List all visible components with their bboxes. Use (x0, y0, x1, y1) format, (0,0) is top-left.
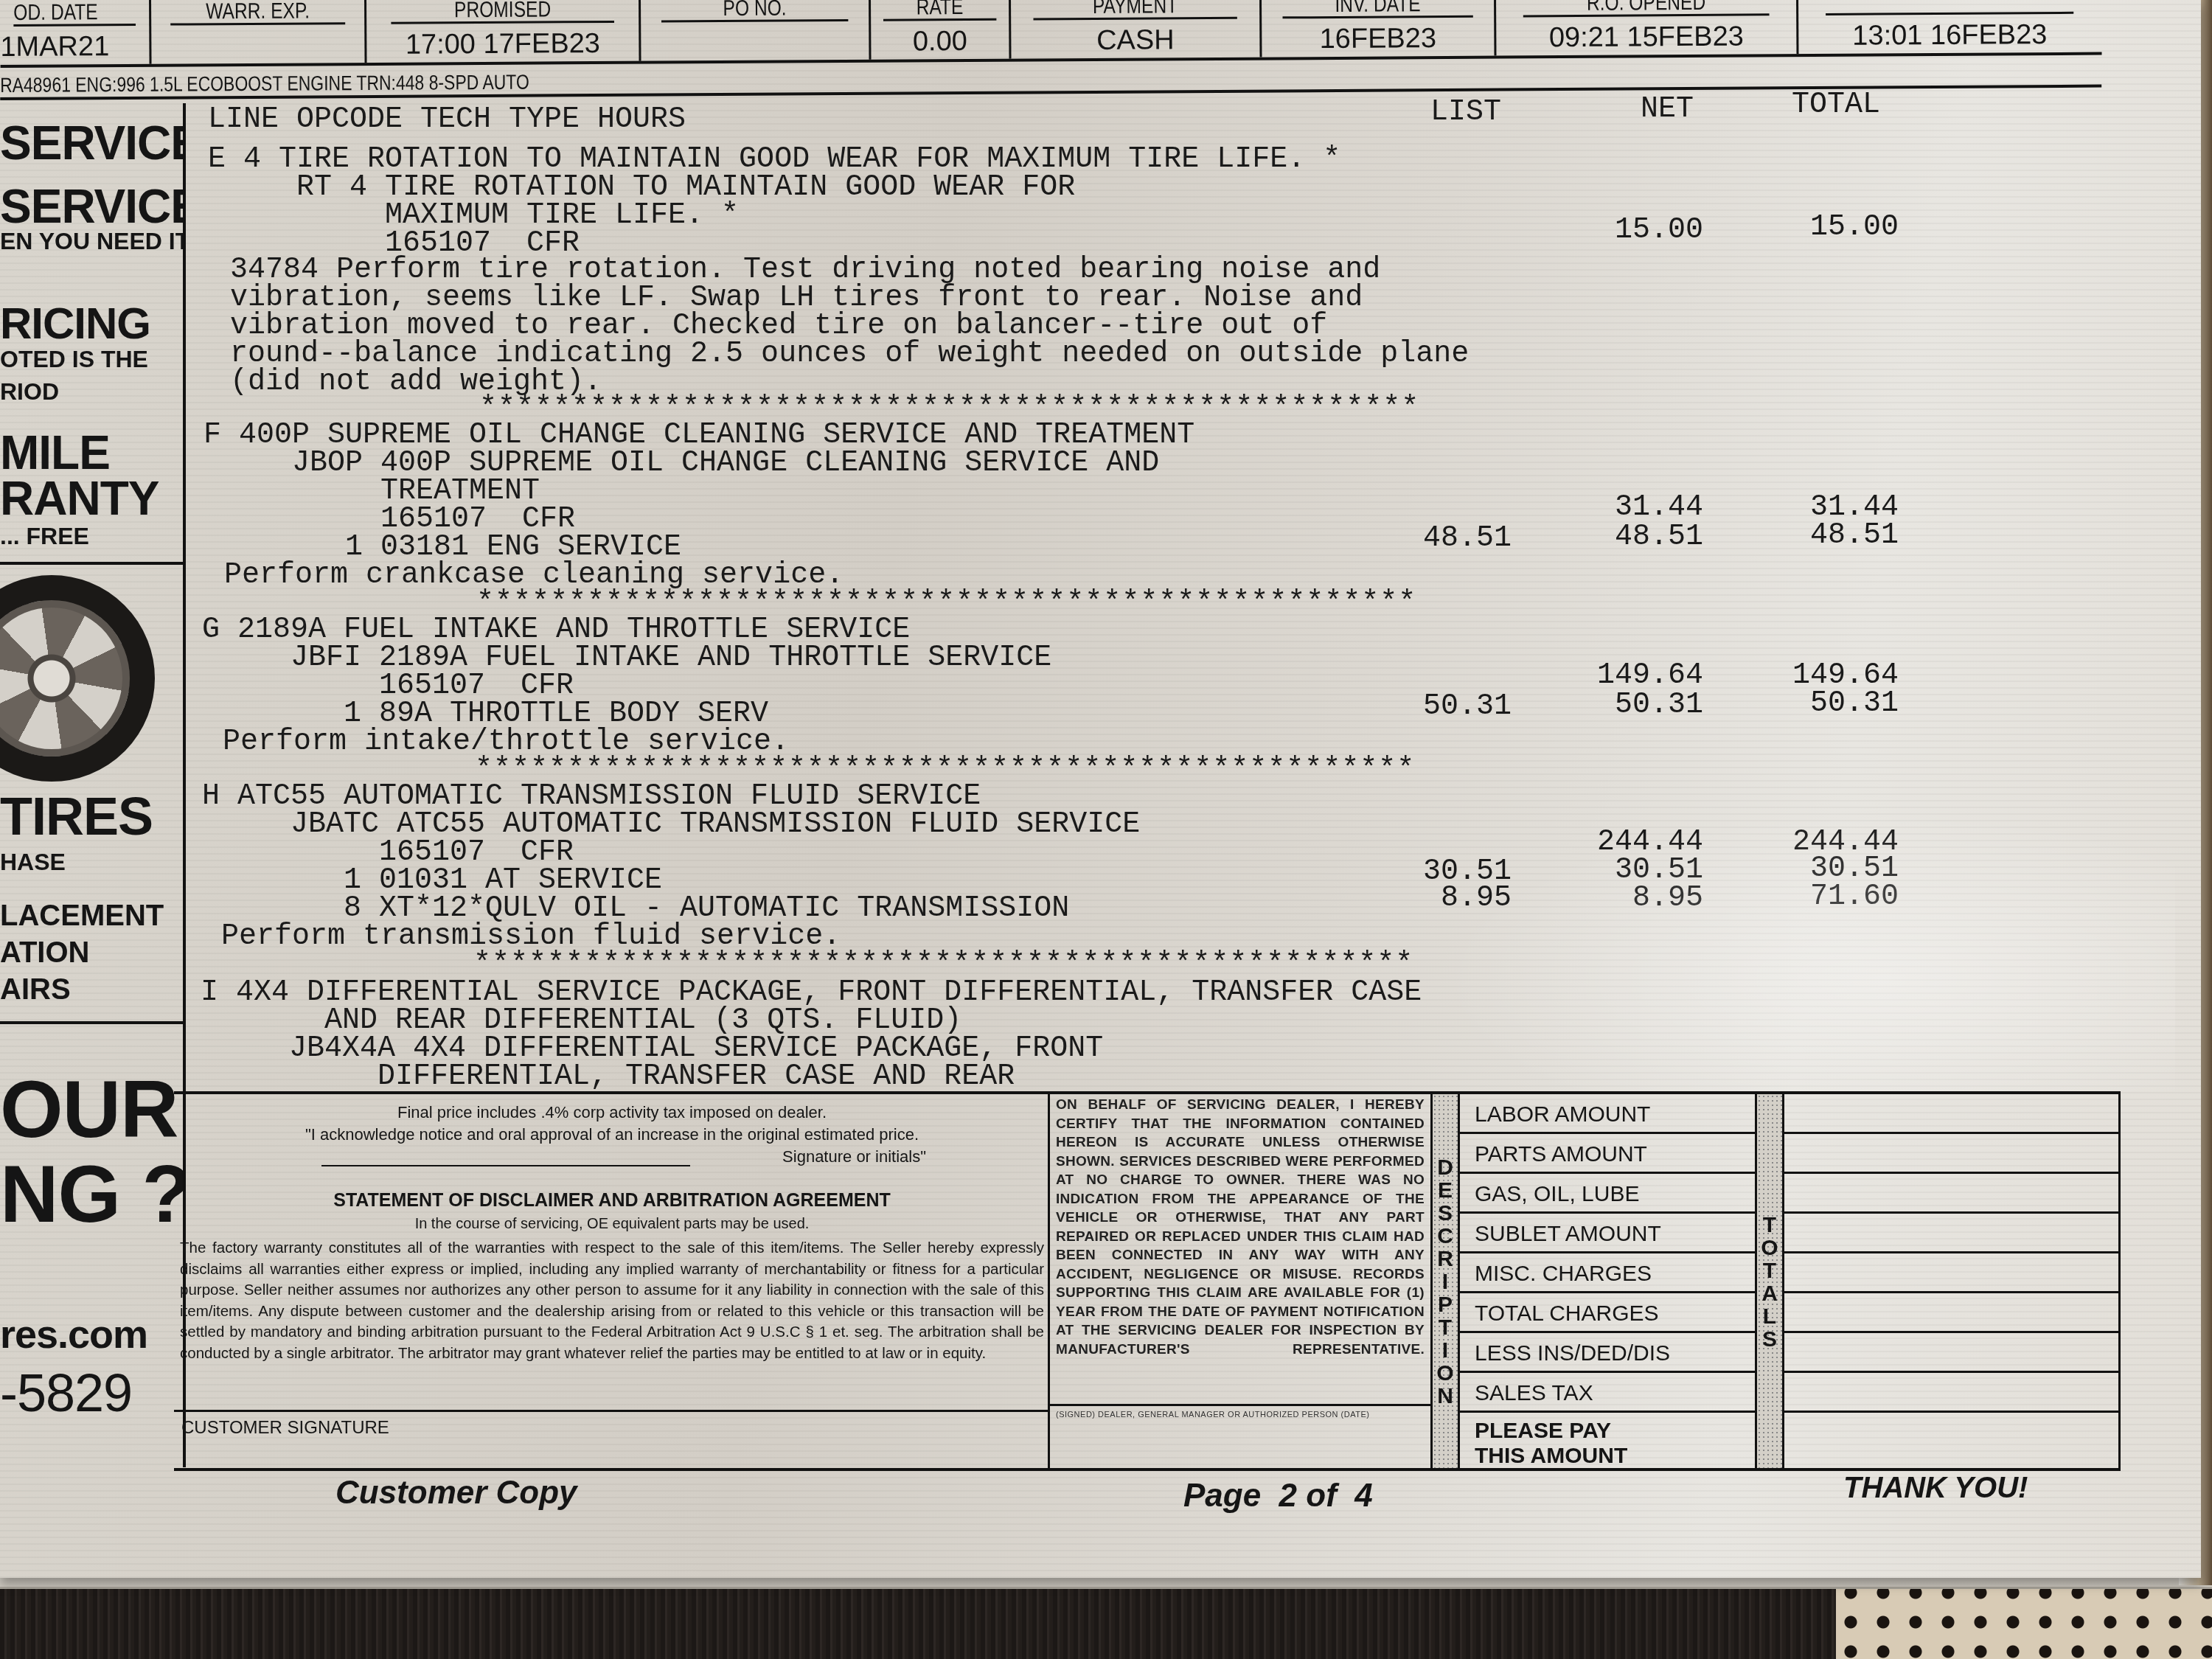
item-line: 1 89A THROTTLE BODY SERV (202, 700, 768, 728)
customer-signature-label: CUSTOMER SIGNATURE (181, 1418, 389, 1438)
labor-net: 15.00 (1512, 217, 1703, 245)
vehicle-info-text: RA48961 ENG:996 1.5L ECOBOOST ENGINE TRN… (0, 68, 529, 100)
column-header-left: LINE OPCODE TECH TYPE HOURS (208, 106, 686, 134)
ad-divider (0, 1021, 183, 1024)
totals-row-sublet: SUBLET AMOUNT (1460, 1214, 1755, 1253)
header-col-promised: PROMISED 17:00 17FEB23 (366, 0, 641, 63)
oe-parts-note: In the course of servicing, OE equivalen… (180, 1214, 1044, 1235)
totals-row-less-ins: LESS INS/DED/DIS (1460, 1333, 1755, 1373)
part-list: 48.51 (1320, 525, 1512, 553)
item-line: I 4X4 DIFFERENTIAL SERVICE PACKAGE, FRON… (201, 979, 1422, 1007)
item-line: 8 XT*12*QULV OIL - AUTOMATIC TRANSMISSIO… (202, 895, 1069, 923)
customer-copy-label: Customer Copy (335, 1475, 577, 1512)
certification-panel: ON BEHALF OF SERVICING DEALER, I HEREBY … (1050, 1094, 1430, 1468)
header-value: 0.00 (871, 21, 1009, 60)
ad-text: HASE (0, 848, 183, 876)
header-value: CASH (1011, 19, 1259, 59)
header-value: 13:01 16FEB23 (1798, 14, 2101, 55)
ad-text: TIRES (0, 789, 183, 845)
part-total: 30.51 (1707, 855, 1899, 883)
part-total: 71.60 (1707, 883, 1899, 911)
header-col-ready: READY 13:01 16FEB23 (1798, 0, 2101, 54)
tire-wheel-icon (0, 575, 155, 782)
header-col-od-date: OD. DATE 1MAR21 (0, 0, 152, 65)
dealer-signature-field[interactable]: (SIGNED) DEALER, GENERAL MANAGER OR AUTH… (1050, 1404, 1430, 1474)
item-line: DIFFERENTIAL, TRANSFER CASE AND REAR (201, 1063, 1015, 1091)
item-line: 165107 CFR (204, 506, 575, 534)
header-strip: OD. DATE 1MAR21 WARR. EXP. PROMISED 17:0… (0, 0, 2102, 68)
disclaimer-body: The factory warranty constitutes all of … (180, 1238, 1044, 1364)
ad-text: RANTY (0, 473, 183, 524)
ad-text: OTED IS THE (0, 345, 183, 373)
tech-note: vibration moved to rear. Checked tire on… (212, 313, 1327, 341)
item-line: MAXIMUM TIRE LIFE. * (208, 202, 739, 230)
header-value: 16FEB23 (1262, 18, 1494, 58)
totals-row-parts: PARTS AMOUNT (1460, 1134, 1755, 1174)
column-header-total: TOTAL (1792, 91, 1880, 119)
labor-net: 31.44 (1512, 494, 1703, 522)
item-line: AND REAR DIFFERENTIAL (3 QTS. FLUID) (201, 1007, 961, 1035)
totals-row-please-pay: PLEASE PAY THIS AMOUNT (1460, 1413, 1755, 1470)
header-value (641, 21, 869, 61)
header-value (151, 24, 364, 64)
labor-total: 149.64 (1707, 662, 1899, 690)
sidebar-ad: SERVICE SERVICE EN YOU NEED IT. RICING O… (0, 103, 186, 1467)
thank-you-label: THANK YOU! (1843, 1472, 2028, 1505)
header-label: PROMISED (391, 0, 614, 24)
item-line: E 4 TIRE ROTATION TO MAINTAIN GOOD WEAR … (208, 146, 1340, 174)
part-net: 50.31 (1512, 692, 1703, 720)
item-line: TREATMENT (204, 478, 540, 506)
separator: ****************************************… (473, 951, 1413, 979)
tech-note: Perform crankcase cleaning service. (206, 562, 844, 590)
item-line: JBFI 2189A FUEL INTAKE AND THROTTLE SERV… (202, 644, 1051, 672)
please-pay-label: PLEASE PAY (1475, 1419, 1755, 1444)
ad-divider (0, 562, 183, 565)
totals-labels: LABOR AMOUNT PARTS AMOUNT GAS, OIL, LUBE… (1460, 1094, 1755, 1468)
header-label: OD. DATE (13, 0, 136, 27)
totals-values (1784, 1094, 2121, 1468)
tech-note: 34784 Perform tire rotation. Test drivin… (212, 257, 1380, 285)
header-value: 17:00 17FEB23 (366, 23, 639, 63)
totals-value-labor (1784, 1094, 2118, 1134)
labor-total: 31.44 (1707, 494, 1899, 522)
header-value: 09:21 15FEB23 (1496, 15, 1796, 55)
totals-value-sublet (1784, 1214, 2118, 1253)
item-line: JBATC ATC55 AUTOMATIC TRANSMISSION FLUID… (202, 811, 1140, 839)
totals-value-please-pay (1784, 1413, 2118, 1470)
header-col-inv-date: INV. DATE 16FEB23 (1262, 0, 1497, 58)
item-line: G 2189A FUEL INTAKE AND THROTTLE SERVICE (202, 616, 910, 644)
item-line: JBOP 400P SUPREME OIL CHANGE CLEANING SE… (204, 450, 1159, 478)
item-line: 165107 CFR (202, 672, 574, 700)
item-line: H ATC55 AUTOMATIC TRANSMISSION FLUID SER… (202, 783, 981, 811)
item-line: 1 01031 AT SERVICE (202, 867, 662, 895)
ad-text: OUR (0, 1069, 183, 1150)
labor-net: 244.44 (1512, 829, 1703, 857)
header-col-rate: RATE 0.00 (871, 0, 1012, 60)
item-line: 1 03181 ENG SERVICE (204, 534, 681, 562)
totals-row-total-charges: TOTAL CHARGES (1460, 1293, 1755, 1333)
ad-text: res.com (0, 1312, 183, 1357)
totals-value-gas-oil-lube (1784, 1174, 2118, 1214)
header-label: R.O. OPENED (1523, 0, 1770, 17)
ad-text: SERVICE (0, 118, 183, 168)
header-value: 1MAR21 (0, 26, 149, 65)
ad-text: NG ? (0, 1154, 183, 1235)
ad-text: RIOD (0, 378, 183, 406)
header-col-po-no: PO NO. (641, 0, 872, 61)
tech-note: Perform intake/throttle service. (205, 728, 789, 757)
item-line: RT 4 TIRE ROTATION TO MAINTAIN GOOD WEAR… (208, 174, 1075, 202)
part-net: 30.51 (1512, 857, 1703, 885)
description-bar-label: DESCRIPTION (1434, 1155, 1457, 1407)
part-list: 8.95 (1320, 885, 1512, 913)
header-label: PO NO. (661, 0, 849, 23)
ad-text: LACEMENT (0, 900, 183, 932)
ad-text: RICING (0, 299, 183, 349)
item-line: 165107 CFR (202, 839, 574, 867)
tech-note: Perform transmission fluid service. (204, 923, 841, 951)
totals-row-labor: LABOR AMOUNT (1460, 1094, 1755, 1134)
line-items: LINE OPCODE TECH TYPE HOURS LIST NET TOT… (199, 103, 2153, 1091)
ad-text: AIRS (0, 973, 183, 1006)
totals-row-sales-tax: SALES TAX (1460, 1373, 1755, 1413)
ad-text: ATION (0, 936, 183, 969)
tablecloth (1836, 1578, 2212, 1659)
part-net: 8.95 (1512, 885, 1703, 913)
totals-row-misc: MISC. CHARGES (1460, 1253, 1755, 1293)
part-list: 50.31 (1320, 693, 1512, 721)
totals-value-sales-tax (1784, 1373, 2118, 1413)
ad-text: ... FREE (0, 522, 183, 550)
totals-value-less-ins (1784, 1333, 2118, 1373)
column-header-list: LIST (1430, 99, 1501, 127)
acknowledge-text: "I acknowledge notice and oral approval … (180, 1124, 1044, 1145)
item-line: F 400P SUPREME OIL CHANGE CLEANING SERVI… (204, 422, 1194, 450)
totals-value-total-charges (1784, 1293, 2118, 1333)
ad-text: SERVICE (0, 181, 183, 232)
ad-text: EN YOU NEED IT. (0, 227, 183, 255)
header-label: RATE (883, 0, 997, 21)
tax-note: Final price includes .4% corp activity t… (180, 1102, 1044, 1123)
dealer-signature-label: (SIGNED) DEALER, GENERAL MANAGER OR AUTH… (1056, 1411, 1369, 1419)
totals-bar: TOTALS (1755, 1094, 1784, 1468)
ad-text: -5829 (0, 1364, 183, 1423)
labor-net: 149.64 (1512, 662, 1703, 690)
totals-row-gas-oil-lube: GAS, OIL, LUBE (1460, 1174, 1755, 1214)
labor-total: 15.00 (1707, 214, 1899, 242)
part-total: 50.31 (1707, 690, 1899, 718)
part-net: 48.51 (1512, 524, 1703, 552)
header-label: WARR. EXP. (170, 0, 345, 26)
disclaimer-title: STATEMENT OF DISCLAIMER AND ARBITRATION … (180, 1190, 1044, 1211)
header-col-payment: PAYMENT CASH (1011, 0, 1262, 59)
signature-prompt: Signature or initials" (616, 1146, 926, 1167)
header-label: READY (1826, 0, 2073, 15)
header-col-ro-opened: R.O. OPENED 09:21 15FEB23 (1496, 0, 1799, 56)
column-header-net: NET (1641, 96, 1694, 124)
totals-bar-label: TOTALS (1759, 1213, 1781, 1350)
part-total: 48.51 (1707, 522, 1899, 550)
header-label: INV. DATE (1282, 0, 1473, 18)
certification-text: ON BEHALF OF SERVICING DEALER, I HEREBY … (1056, 1096, 1425, 1359)
ad-text: MILE (0, 428, 183, 478)
item-line: JB4X4A 4X4 DIFFERENTIAL SERVICE PACKAGE,… (201, 1035, 1103, 1063)
description-bar: DESCRIPTION (1430, 1094, 1460, 1468)
tech-note: round--balance indicating 2.5 ounces of … (212, 341, 1469, 369)
header-label: PAYMENT (1033, 0, 1237, 20)
disclaimer-panel: Final price includes .4% corp activity t… (174, 1094, 1050, 1468)
customer-signature-field[interactable]: CUSTOMER SIGNATURE (174, 1410, 1050, 1471)
totals-value-parts (1784, 1134, 2118, 1174)
tech-note: vibration, seems like LF. Swap LH tires … (212, 285, 1363, 313)
bottom-form: Final price includes .4% corp activity t… (174, 1091, 2121, 1471)
invoice-page: OD. DATE 1MAR21 WARR. EXP. PROMISED 17:0… (0, 0, 2201, 1578)
totals-value-misc (1784, 1253, 2118, 1293)
please-pay-label-2: THIS AMOUNT (1475, 1444, 1755, 1469)
header-col-warr-exp: WARR. EXP. (151, 0, 367, 64)
page-number: Page 2 of 4 (1183, 1478, 1373, 1514)
